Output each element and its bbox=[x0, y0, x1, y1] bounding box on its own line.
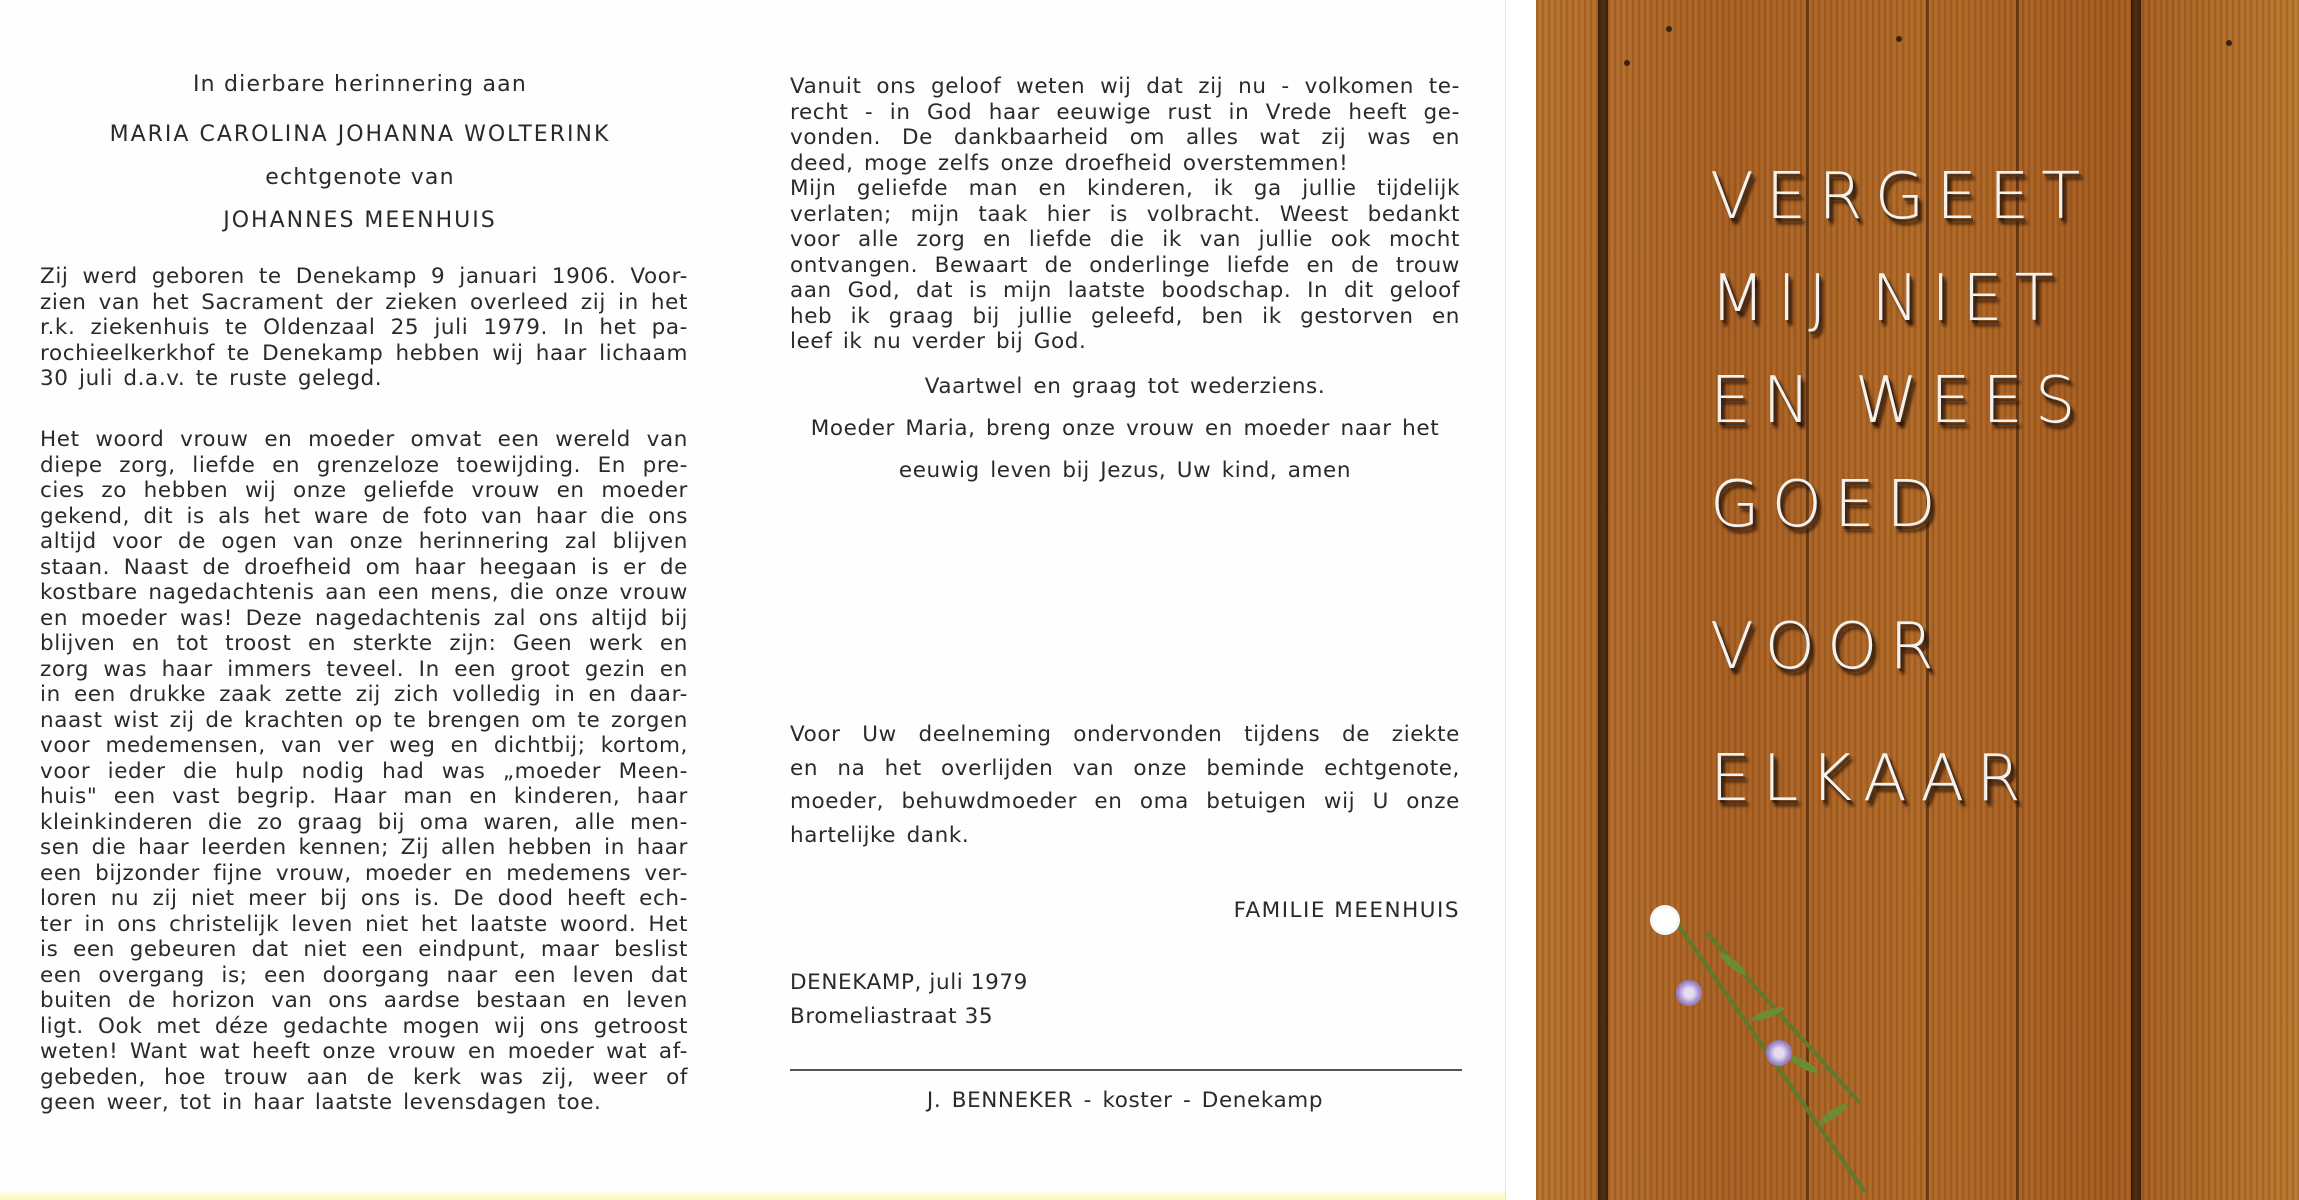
text-line: en moeder was! Deze nagedachtenis zal on… bbox=[40, 606, 688, 632]
text-line: diepe zorg, liefde en grenzeloze toewijd… bbox=[40, 453, 688, 479]
photo-word-2: MIJ NIET bbox=[1710, 262, 2066, 336]
text-line: naast wist zij de krachten op te brengen… bbox=[40, 708, 688, 734]
text-line: een overgang is; een doorgang naar een l… bbox=[40, 963, 688, 989]
nail-hole bbox=[1896, 36, 1902, 42]
text-line: moeder, behuwdmoeder en oma betuigen wij… bbox=[790, 785, 1460, 819]
text-line: Vanuit ons geloof weten wij dat zij nu -… bbox=[790, 74, 1460, 100]
nail-hole bbox=[1624, 60, 1630, 66]
purple-flower bbox=[1676, 980, 1702, 1006]
divider-line bbox=[790, 1069, 1462, 1071]
thanks-paragraph: Voor Uw deelneming ondervonden tijdens d… bbox=[790, 718, 1460, 852]
text-line: Mijn geliefde man en kinderen, ik ga jul… bbox=[790, 176, 1460, 202]
text-line: buiten de horizon van ons aardse bestaan… bbox=[40, 988, 688, 1014]
text-line: voor alle zorg en liefde die ik van jull… bbox=[790, 227, 1460, 253]
text-line: geen weer, tot in haar laatste levensdag… bbox=[40, 1090, 688, 1116]
spouse-name: JOHANNES MEENHUIS bbox=[0, 208, 720, 233]
plank-groove bbox=[1598, 0, 1608, 1200]
text-line: in een drukke zaak zette zij zich volled… bbox=[40, 682, 688, 708]
photo-word-4: GOED bbox=[1710, 468, 1948, 542]
text-line: vonden. De dankbaarheid om alles wat zij… bbox=[790, 125, 1460, 151]
text-line: kostbare nagedachtenis aan een mens, die… bbox=[40, 580, 688, 606]
text-line: blijven en tot troost en sterkte zijn: G… bbox=[40, 631, 688, 657]
deceased-name: MARIA CAROLINA JOHANNA WOLTERINK bbox=[0, 122, 720, 147]
text-line: een bijzonder fijne vrouw, moeder en med… bbox=[40, 861, 688, 887]
text-line: cies zo hebben wij onze geliefde vrouw e… bbox=[40, 478, 688, 504]
bio-line: 30 juli d.a.v. te ruste gelegd. bbox=[40, 366, 688, 392]
purple-flower bbox=[1766, 1040, 1792, 1066]
text-line: sen die haar leerden kennen; Zij allen h… bbox=[40, 835, 688, 861]
text-line: aan God, dat is mijn laatste boodschap. … bbox=[790, 278, 1460, 304]
photo-word-1: VERGEET bbox=[1710, 160, 2092, 234]
nail-hole bbox=[2226, 40, 2232, 46]
text-line: voor ieder die hulp nodig had was „moede… bbox=[40, 759, 688, 785]
text-line: ligt. Ook met déze gedachte mogen wij on… bbox=[40, 1014, 688, 1040]
text-line: weten! Want wat heeft onze vrouw en moed… bbox=[40, 1039, 688, 1065]
bio-line: rochieelkerkhof te Denekamp hebben wij h… bbox=[40, 341, 688, 367]
farewell-line: Vaartwel en graag tot wederziens. bbox=[790, 374, 1460, 399]
tribute-paragraph: Het woord vrouw en moeder omvat een were… bbox=[40, 427, 688, 1116]
biography-paragraph: Zij werd geboren te Denekamp 9 januari 1… bbox=[40, 264, 688, 392]
bio-line: r.k. ziekenhuis te Oldenzaal 25 juli 197… bbox=[40, 315, 688, 341]
text-line: gekend, dit is als het ware de foto van … bbox=[40, 504, 688, 530]
text-line: leef ik nu verder bij God. bbox=[790, 329, 1460, 355]
nail-hole bbox=[1666, 26, 1672, 32]
text-line: huis" een vast begrip. Haar man en kinde… bbox=[40, 784, 688, 810]
relation-label: echtgenote van bbox=[0, 165, 720, 190]
text-line: staan. Naast de droefheid om haar heegaa… bbox=[40, 555, 688, 581]
photo-word-3: EN WEES bbox=[1710, 364, 2087, 438]
text-line: kleinkinderen die zo graag bij oma waren… bbox=[40, 810, 688, 836]
text-line: ontvangen. Bewaart de onderlinge liefde … bbox=[790, 253, 1460, 279]
faith-paragraph: Vanuit ons geloof weten wij dat zij nu -… bbox=[790, 74, 1460, 355]
white-flower bbox=[1650, 905, 1680, 935]
place-date: DENEKAMP, juli 1979 bbox=[790, 970, 1028, 995]
text-line: Voor Uw deelneming ondervonden tijdens d… bbox=[790, 718, 1460, 752]
text-line: heb ik graag bij jullie geleefd, ben ik … bbox=[790, 304, 1460, 330]
text-line: deed, moge zelfs onze droefheid overstem… bbox=[790, 151, 1460, 177]
text-line: verlaten; mijn taak hier is volbracht. W… bbox=[790, 202, 1460, 228]
text-line: altijd voor de ogen van onze herinnering… bbox=[40, 529, 688, 555]
text-line: hartelijke dank. bbox=[790, 819, 1460, 853]
text-line: Het woord vrouw en moeder omvat een were… bbox=[40, 427, 688, 453]
family-signature: FAMILIE MEENHUIS bbox=[790, 898, 1460, 923]
prayer-line-1: Moeder Maria, breng onze vrouw en moeder… bbox=[790, 416, 1460, 441]
text-line: zorg was haar immers teveel. In een groo… bbox=[40, 657, 688, 683]
text-line: en na het overlijden van onze beminde ec… bbox=[790, 752, 1460, 786]
text-line: voor medemensen, van ver weg en dichtbij… bbox=[40, 733, 688, 759]
text-line: recht - in God haar eeuwige rust in Vred… bbox=[790, 100, 1460, 126]
intro-heading: In dierbare herinnering aan bbox=[0, 72, 720, 97]
address: Bromeliastraat 35 bbox=[790, 1004, 993, 1029]
photo-word-5: VOOR bbox=[1710, 610, 1946, 684]
memorial-card-left-page: In dierbare herinnering aan MARIA CAROLI… bbox=[0, 0, 760, 1200]
text-line: loren nu zij niet meer bij ons is. De do… bbox=[40, 886, 688, 912]
bio-line: Zij werd geboren te Denekamp 9 januari 1… bbox=[40, 264, 688, 290]
text-line: gebeden, hoe trouw aan de kerk was zij, … bbox=[40, 1065, 688, 1091]
memorial-card-middle-page: Vanuit ons geloof weten wij dat zij nu -… bbox=[760, 0, 1506, 1200]
wood-plank-photo: VERGEET MIJ NIET EN WEES GOED VOOR ELKAA… bbox=[1536, 0, 2299, 1200]
text-line: ter in ons christelijk leven niet het la… bbox=[40, 912, 688, 938]
prayer-line-2: eeuwig leven bij Jezus, Uw kind, amen bbox=[790, 458, 1460, 483]
text-line: is een gebeuren dat niet een eindpunt, m… bbox=[40, 937, 688, 963]
printer-credit: J. BENNEKER - koster - Denekamp bbox=[790, 1088, 1460, 1113]
photo-word-6: ELKAAR bbox=[1710, 742, 2033, 816]
plank-groove bbox=[2131, 0, 2141, 1200]
bio-line: zien van het Sacrament der zieken overle… bbox=[40, 290, 688, 316]
